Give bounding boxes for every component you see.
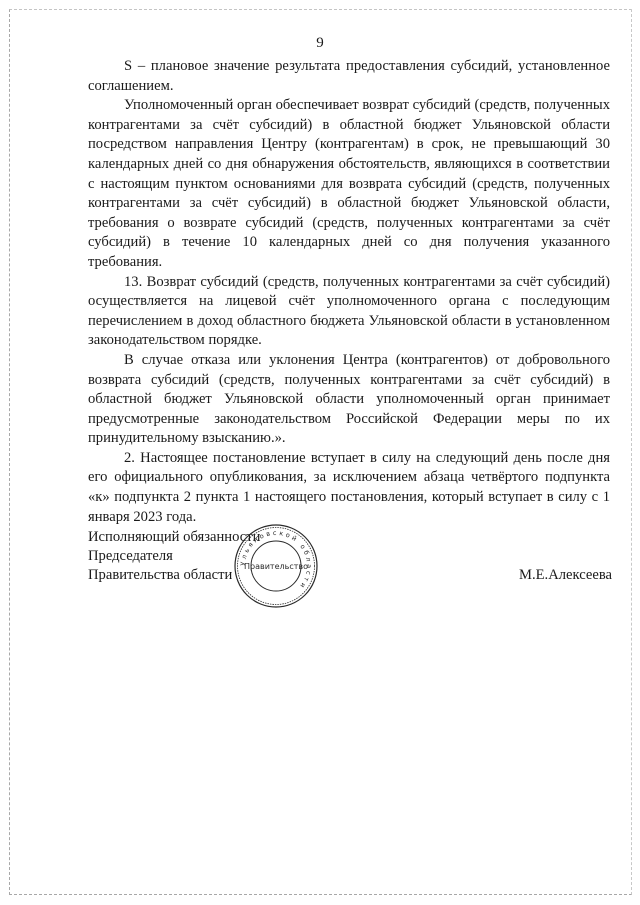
svg-text:Ульяновской области: Ульяновской области <box>239 529 313 591</box>
document-body: S – плановое значение результата предост… <box>88 57 610 527</box>
official-seal-stamp: Ульяновской области Правительство <box>233 523 319 609</box>
paragraph-enforced-recovery: В случае отказа или уклонения Центра (ко… <box>88 351 610 449</box>
page-number: 9 <box>0 34 640 52</box>
seal-icon: Ульяновской области Правительство <box>233 523 319 609</box>
paragraph-item-13: 13. Возврат субсидий (средств, полученны… <box>88 273 610 351</box>
signatory-title-line-1: Исполняющий обязанности <box>88 528 612 547</box>
paragraph-effective-date: 2. Настоящее постановление вступает в си… <box>88 449 610 527</box>
paragraph-s-definition: S – плановое значение результата предост… <box>88 57 610 96</box>
signatory-name: М.Е.Алексеева <box>519 566 612 585</box>
seal-center-text: Правительство <box>244 562 308 571</box>
signature-block: Исполняющий обязанности Председателя Пра… <box>88 528 612 585</box>
signatory-title-line-2: Председателя <box>88 547 612 566</box>
paragraph-refund-obligation: Уполномоченный орган обеспечивает возвра… <box>88 96 610 272</box>
